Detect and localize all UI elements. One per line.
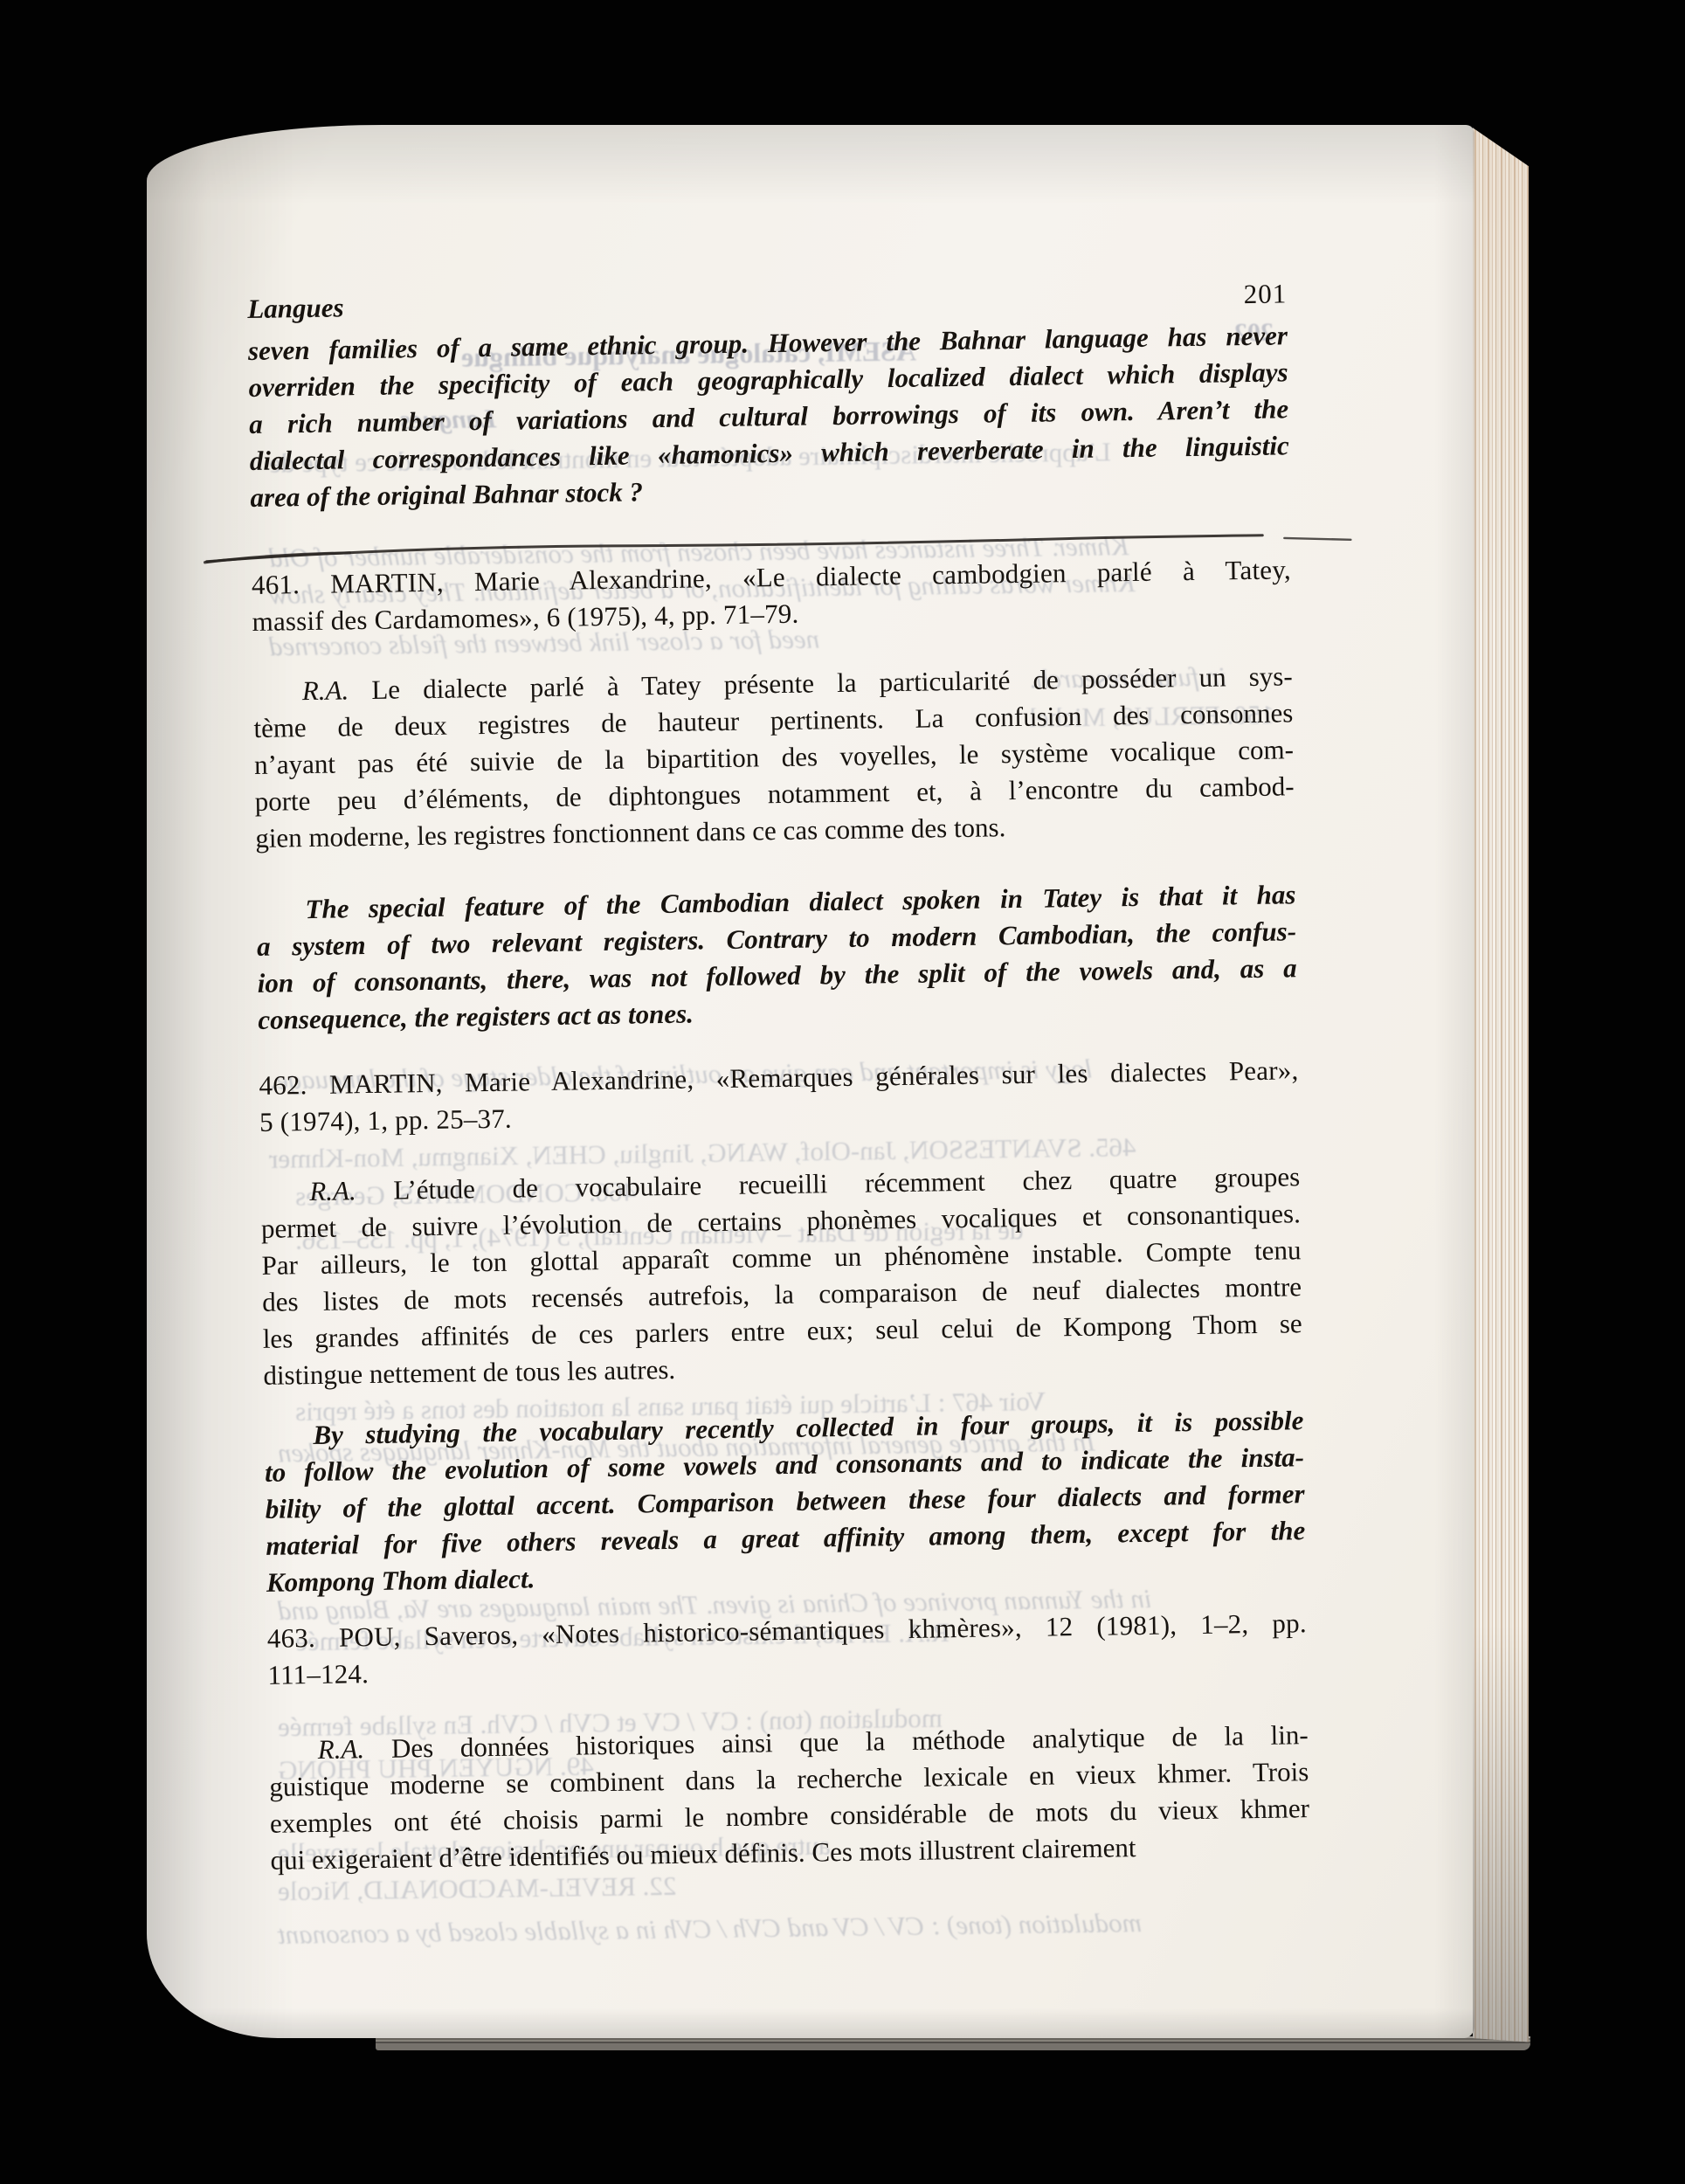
page-stack-bottom-edge [376,2036,1530,2050]
book-page: 202ASEMI, catalogue analytique bilingueL… [147,125,1474,2038]
entry-462-citation: 462. MARTIN, Marie Alexandrine, «Remarqu… [259,1052,1299,1141]
entry-463-abstract-fr: R.A. Des données historiques ainsi que l… [268,1717,1309,1879]
section-title: Langues [247,289,344,328]
bibliography-blocks: seven families of a same ethnic group. H… [248,317,1310,1878]
entry-463-citation: 463. POU, Saveros, «Notes historico-séma… [267,1605,1308,1694]
page-content: Langues 201 seven families of a same eth… [247,275,1310,1878]
page-stack-fore-edge [1473,126,1529,2048]
entry-461-abstract-en: The special feature of the Cambodian dia… [256,876,1297,1039]
entry-461-abstract-fr: R.A. Le dialecte parlé à Tatey présente … [252,658,1295,857]
book-photo: 202ASEMI, catalogue analytique bilingueL… [0,0,1685,2184]
entry-462-abstract-en: By studying the vocabulary recently coll… [264,1402,1306,1601]
hand-drawn-divider [201,521,1356,557]
intro-continuation-paragraph: seven families of a same ethnic group. H… [248,317,1290,516]
page-number: 201 [1243,275,1287,313]
entry-461-citation: 461. MARTIN, Marie Alexandrine, «Le dial… [252,551,1292,640]
show-through-text: modulation (tone) : CV / CV and CVh / CV… [278,1906,1142,1951]
entry-462-abstract-fr: R.A. L’étude de vocabulaire recueilli ré… [260,1158,1303,1394]
fore-edge-shading [1473,126,1529,2048]
